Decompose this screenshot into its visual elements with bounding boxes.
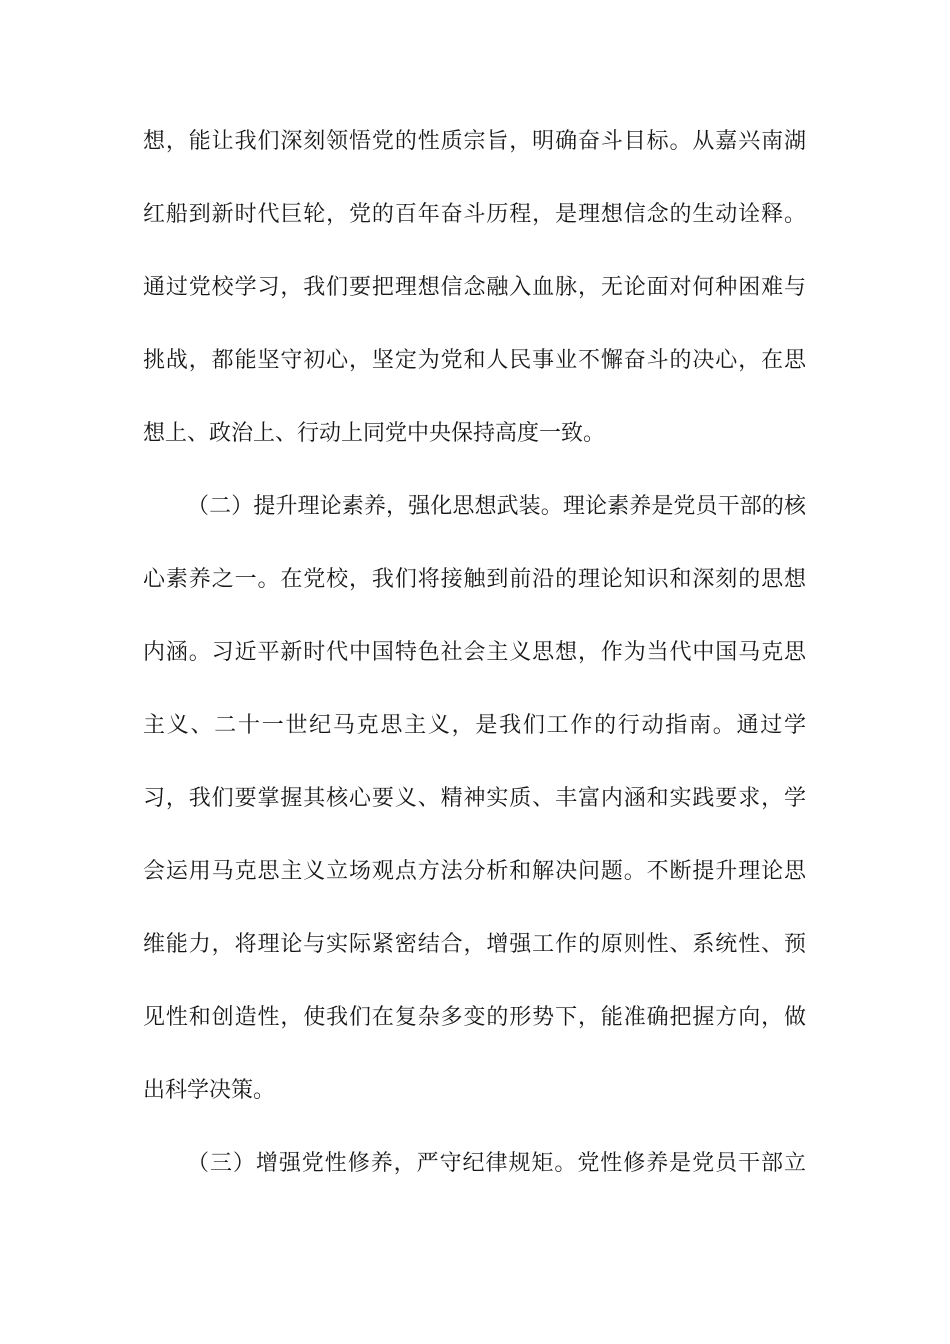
text-line: （三）增强党性修养，严守纪律规矩。党性修养是党员干部立 (143, 1126, 806, 1199)
text-line: 出科学决策。 (143, 1053, 806, 1126)
text-line: 挑战，都能坚守初心，坚定为党和人民事业不懈奋斗的决心，在思 (143, 323, 806, 396)
text-line: 维能力，将理论与实际紧密结合，增强工作的原则性、系统性、预 (143, 907, 806, 980)
text-line: 主义、二十一世纪马克思主义，是我们工作的行动指南。通过学 (143, 688, 806, 761)
text-line: 习，我们要掌握其核心要义、精神实质、丰富内涵和实践要求，学 (143, 761, 806, 834)
text-line: 会运用马克思主义立场观点方法分析和解决问题。不断提升理论思 (143, 834, 806, 907)
text-line: （二）提升理论素养，强化思想武装。理论素养是党员干部的核 (143, 469, 806, 542)
text-line: 想上、政治上、行动上同党中央保持高度一致。 (143, 396, 806, 469)
text-line: 内涵。习近平新时代中国特色社会主义思想，作为当代中国马克思 (143, 615, 806, 688)
document-page: 想，能让我们深刻领悟党的性质宗旨，明确奋斗目标。从嘉兴南湖红船到新时代巨轮，党的… (0, 0, 950, 1344)
text-line: 想，能让我们深刻领悟党的性质宗旨，明确奋斗目标。从嘉兴南湖 (143, 104, 806, 177)
text-line: 心素养之一。在党校，我们将接触到前沿的理论知识和深刻的思想 (143, 542, 806, 615)
document-text-block: 想，能让我们深刻领悟党的性质宗旨，明确奋斗目标。从嘉兴南湖红船到新时代巨轮，党的… (143, 104, 806, 1199)
text-line: 通过党校学习，我们要把理想信念融入血脉，无论面对何种困难与 (143, 250, 806, 323)
text-line: 红船到新时代巨轮，党的百年奋斗历程，是理想信念的生动诠释。 (143, 177, 806, 250)
text-line: 见性和创造性，使我们在复杂多变的形势下，能准确把握方向，做 (143, 980, 806, 1053)
